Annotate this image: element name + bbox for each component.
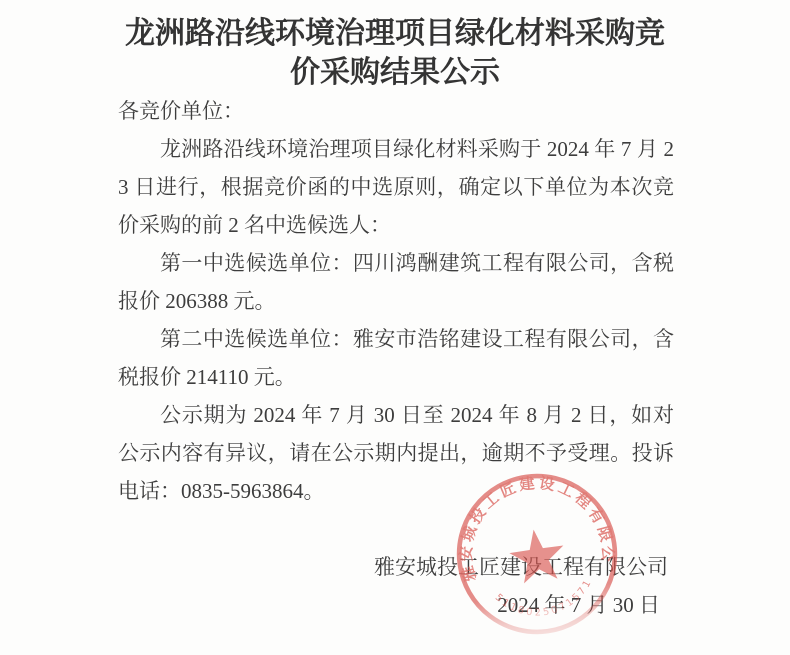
signature-company: 雅安城投工匠建设工程有限公司 <box>0 548 790 586</box>
paragraph-intro: 龙洲路沿线环境治理项目绿化材料采购于 2024 年 7 月 23 日进行，根据竞… <box>118 130 674 244</box>
signature-date: 2024 年 7 月 30 日 <box>0 586 790 624</box>
signature-block: 雅安城投工匠建设工程有限公司 2024 年 7 月 30 日 <box>0 548 790 624</box>
paragraph-second-candidate: 第二中选候选单位：雅安市浩铭建设工程有限公司，含税报价 214110 元。 <box>118 320 674 396</box>
page-title: 龙洲路沿线环境治理项目绿化材料采购竞价采购结果公示 <box>115 14 675 92</box>
paragraph-first-candidate: 第一中选候选单位：四川鸿酬建筑工程有限公司，含税报价 206388 元。 <box>118 244 674 320</box>
paragraph-publicity-period: 公示期为 2024 年 7 月 30 日至 2024 年 8 月 2 日，如对公… <box>118 396 674 510</box>
document-body: 各竞价单位： 龙洲路沿线环境治理项目绿化材料采购于 2024 年 7 月 23 … <box>118 92 674 510</box>
salutation-line: 各竞价单位： <box>118 92 674 130</box>
announcement-document: 龙洲路沿线环境治理项目绿化材料采购竞价采购结果公示 各竞价单位： 龙洲路沿线环境… <box>0 0 790 655</box>
